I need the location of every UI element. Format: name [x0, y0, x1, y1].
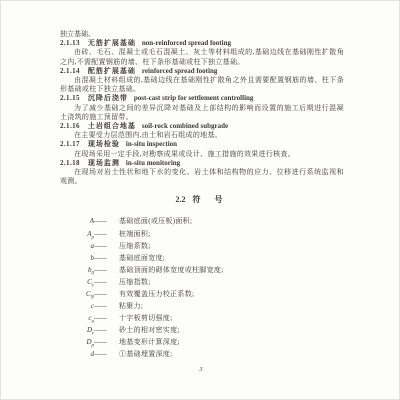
- terms-section: 独立基础。 2.1.13无筋扩展基础non-reinforced spread …: [60, 30, 344, 186]
- symbol-name: cu: [60, 314, 94, 322]
- term-block: 2.1.18现场监测in-situ monitoring 在现场对岩土性状和地下…: [60, 159, 344, 187]
- symbol-name: b: [60, 254, 94, 262]
- term-number: 2.1.13: [60, 39, 80, 47]
- term-name-cn: 现场检验: [88, 140, 120, 148]
- symbol-definition: 基础底面宽度;: [119, 253, 344, 263]
- term-name-en: reinforced spread footing: [142, 67, 217, 75]
- symbol-row: d —— ①基础埋置深度;: [60, 349, 344, 361]
- symbol-definition: 砂土的相对密实度;: [119, 325, 344, 335]
- term-block: 2.1.13无筋扩展基础non-reinforced spread footin…: [60, 39, 344, 67]
- term-number: 2.1.14: [60, 67, 80, 75]
- symbol-row: Ap —— 桩端面积;: [60, 229, 344, 241]
- symbol-definition: 粘聚力;: [119, 301, 344, 311]
- symbol-row: cu —— 十字板剪切强度;: [60, 313, 344, 325]
- term-name-cn: 无筋扩展基础: [88, 39, 136, 47]
- symbol-dash: ——: [94, 217, 119, 225]
- term-number: 2.1.16: [60, 122, 80, 130]
- symbol-definition: 压缩指数;: [119, 277, 344, 287]
- symbol-name: c: [60, 302, 94, 310]
- symbol-dash: ——: [94, 338, 119, 346]
- scanned-document-page: 独立基础。 2.1.13无筋扩展基础non-reinforced spread …: [0, 0, 400, 400]
- section-heading-symbols: 2.2符 号: [60, 195, 344, 205]
- term-heading: 2.1.16土岩组合地基soil-rock combined subgrade: [60, 122, 344, 131]
- term-definition: 为了减少基础之间的差异沉降对基础及上部结构的影响而设置的施工后期进行混凝土浇筑的…: [60, 104, 344, 122]
- term-name-en: in-situ monitoring: [126, 159, 180, 167]
- term-definition: 由砖、毛石、混凝土或毛石混凝土、灰土等材料组成的,基础边线在基础刚性扩散角之内,…: [60, 48, 344, 66]
- symbol-row: b0 —— 基础顶面的砌体宽度或柱脚宽度;: [60, 265, 344, 277]
- term-definition: 在现场采用一定手段,对勘察成果或设计、施工措施的效果进行核查。: [60, 150, 344, 159]
- symbol-definition: 基础底面(或压板)面积;: [119, 216, 344, 226]
- term-heading: 2.1.14配筋扩展基础reinforced spread footing: [60, 67, 344, 76]
- term-definition: 由混凝土材料组成的,基础边线在基础刚性扩散角之外且需要配置钢筋的墙、柱下条形基础…: [60, 76, 344, 94]
- symbol-row: Cc —— 压缩指数;: [60, 277, 344, 289]
- symbol-name: CN: [60, 290, 94, 298]
- symbol-definition: 地基变形计算深度;: [119, 337, 344, 347]
- symbol-dash: ——: [94, 314, 119, 322]
- symbol-dash: ——: [94, 350, 119, 358]
- symbol-name: d: [60, 350, 94, 358]
- symbol-dash: ——: [94, 254, 119, 262]
- symbol-dash: ——: [94, 302, 119, 310]
- term-number: 2.1.17: [60, 140, 80, 148]
- symbol-dash: ——: [94, 230, 119, 238]
- symbol-row: CN —— 有效覆盖压力校正系数;: [60, 289, 344, 301]
- symbol-row: b —— 基础底面宽度;: [60, 253, 344, 265]
- term-block: 2.1.15沉降后浇带post-cast strip for settlemen…: [60, 94, 344, 122]
- term-name-cn: 土岩组合地基: [88, 122, 136, 130]
- term-name-cn: 沉降后浇带: [88, 94, 128, 102]
- symbol-row: Dr —— 砂土的相对密实度;: [60, 325, 344, 337]
- symbol-name: Dr: [60, 326, 94, 334]
- term-name-en: post-cast strip for settlement controlli…: [134, 94, 254, 102]
- symbol-name: Cc: [60, 278, 94, 286]
- symbol-dash: ——: [94, 278, 119, 286]
- paragraph-continuation: 独立基础。: [60, 30, 344, 39]
- symbol-name: b0: [60, 266, 94, 274]
- term-block: 2.1.14配筋扩展基础reinforced spread footing 由混…: [60, 67, 344, 95]
- term-heading: 2.1.17现场检验in-situ inspection: [60, 140, 344, 149]
- term-block: 2.1.16土岩组合地基soil-rock combined subgrade …: [60, 122, 344, 140]
- symbol-definition: 桩端面积;: [119, 229, 344, 239]
- term-name-cn: 配筋扩展基础: [88, 67, 136, 75]
- symbol-name: Ap: [60, 230, 94, 238]
- page-number: 3: [1, 366, 400, 373]
- term-number: 2.1.18: [60, 159, 80, 167]
- term-definition: 在现场对岩土性状和地下水的变化、岩土体和结构物的应力、位移进行系统监视和观测。: [60, 168, 344, 186]
- symbol-dash: ——: [94, 290, 119, 298]
- symbol-definition: 基础顶面的砌体宽度或柱脚宽度;: [119, 265, 344, 275]
- symbol-definition: 十字板剪切强度;: [119, 313, 344, 323]
- symbol-row: Dp —— 地基变形计算深度;: [60, 337, 344, 349]
- symbol-row: a —— 压缩系数;: [60, 241, 344, 253]
- term-name-cn: 现场监测: [88, 159, 120, 167]
- term-heading: 2.1.15沉降后浇带post-cast strip for settlemen…: [60, 94, 344, 103]
- symbol-dash: ——: [94, 326, 119, 334]
- symbols-list: A —— 基础底面(或压板)面积; Ap —— 桩端面积; a —— 压缩系数;…: [60, 216, 344, 361]
- symbol-dash: ——: [94, 266, 119, 274]
- symbol-row: A —— 基础底面(或压板)面积;: [60, 216, 344, 228]
- term-block: 2.1.17现场检验in-situ inspection 在现场采用一定手段,对…: [60, 140, 344, 158]
- symbol-name: a: [60, 242, 94, 250]
- section-number: 2.2: [176, 195, 186, 204]
- symbol-definition: 压缩系数;: [119, 241, 344, 251]
- symbol-definition: ①基础埋置深度;: [119, 349, 344, 359]
- section-title: 符 号: [193, 195, 229, 204]
- symbol-definition: 有效覆盖压力校正系数;: [119, 289, 344, 299]
- term-name-en: non-reinforced spread footing: [142, 39, 231, 47]
- term-name-en: soil-rock combined subgrade: [142, 122, 228, 130]
- page-content: 独立基础。 2.1.13无筋扩展基础non-reinforced spread …: [60, 30, 344, 361]
- symbol-dash: ——: [94, 242, 119, 250]
- term-name-en: in-situ inspection: [126, 140, 177, 148]
- symbol-name: A: [60, 217, 94, 225]
- symbol-name: Dp: [60, 338, 94, 346]
- term-heading: 2.1.18现场监测in-situ monitoring: [60, 159, 344, 168]
- term-number: 2.1.15: [60, 94, 80, 102]
- symbol-row: c —— 粘聚力;: [60, 301, 344, 313]
